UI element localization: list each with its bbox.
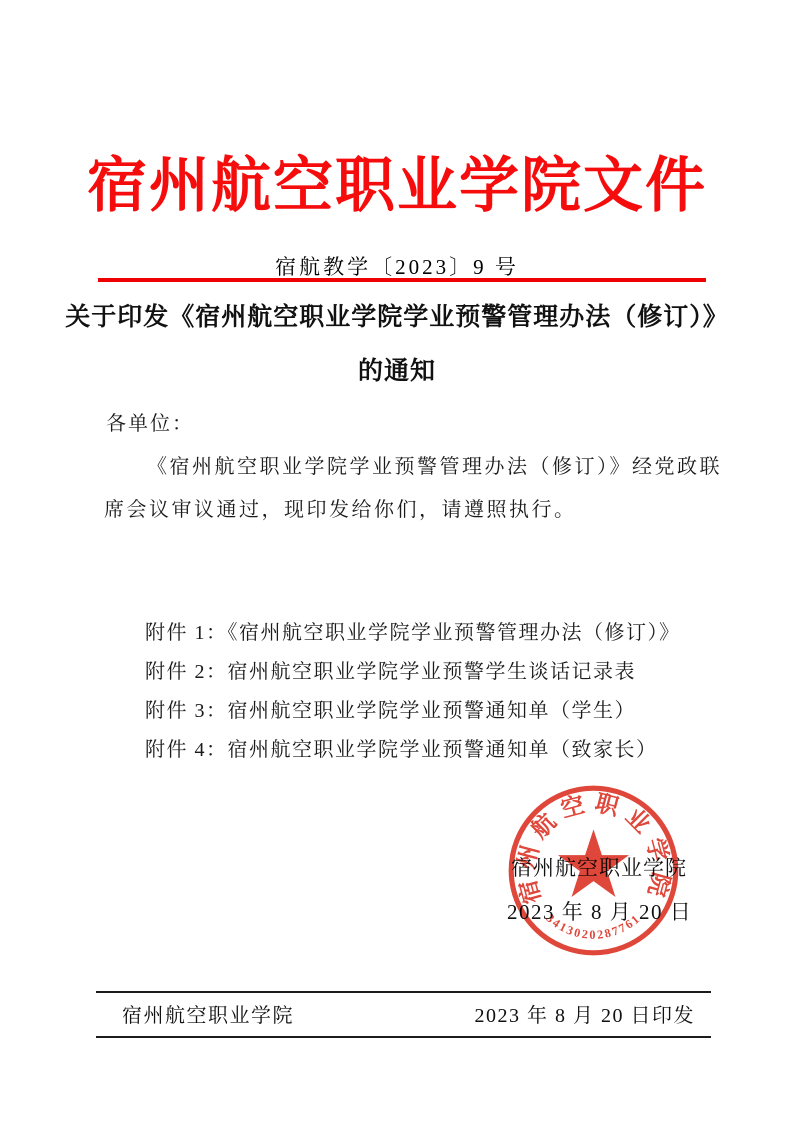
- attachment-item-3: 附件 3：宿州航空职业学院学业预警通知单（学生）: [145, 692, 681, 731]
- salutation: 各单位：: [106, 407, 194, 436]
- document-page: 宿州航空职业学院文件 宿航教学〔2023〕9 号 关于印发《宿州航空职业学院学业…: [0, 0, 794, 1122]
- body-text-line1: 《宿州航空职业学院学业预警管理办法（修订）》经党政联: [147, 450, 722, 479]
- footer-bottom-rule: [96, 1036, 711, 1038]
- red-divider-rule: [98, 278, 706, 282]
- seal-code: 3413020287761: [544, 911, 644, 942]
- doc-number: 宿航教学〔2023〕9 号: [0, 251, 794, 281]
- svg-text:3413020287761: 3413020287761: [544, 911, 644, 942]
- attachment-item-2: 附件 2：宿州航空职业学院学业预警学生谈话记录表: [145, 653, 681, 692]
- attachment-item-4: 附件 4：宿州航空职业学院学业预警通知单（致家长）: [145, 731, 681, 770]
- org-title: 宿州航空职业学院文件: [0, 138, 794, 224]
- footer-row: 宿州航空职业学院 2023 年 8 月 20 日印发: [96, 999, 711, 1028]
- seal-star-icon: [558, 829, 629, 897]
- footer-print-date: 2023 年 8 月 20 日印发: [475, 999, 696, 1028]
- attachment-item-1: 附件 1：《宿州航空职业学院学业预警管理办法（修订）》: [145, 614, 681, 653]
- official-seal: 宿州航空职业学院 3413020287761: [500, 777, 687, 964]
- attachments-list: 附件 1：《宿州航空职业学院学业预警管理办法（修订）》 附件 2：宿州航空职业学…: [145, 614, 681, 770]
- notice-title-line2: 的通知: [0, 351, 794, 387]
- notice-title-line1: 关于印发《宿州航空职业学院学业预警管理办法（修订）》: [0, 297, 794, 333]
- footer-top-rule: [96, 991, 711, 993]
- body-text-line2: 席会议审议通过，现印发给你们，请遵照执行。: [104, 493, 577, 522]
- footer-issuer: 宿州航空职业学院: [122, 999, 294, 1028]
